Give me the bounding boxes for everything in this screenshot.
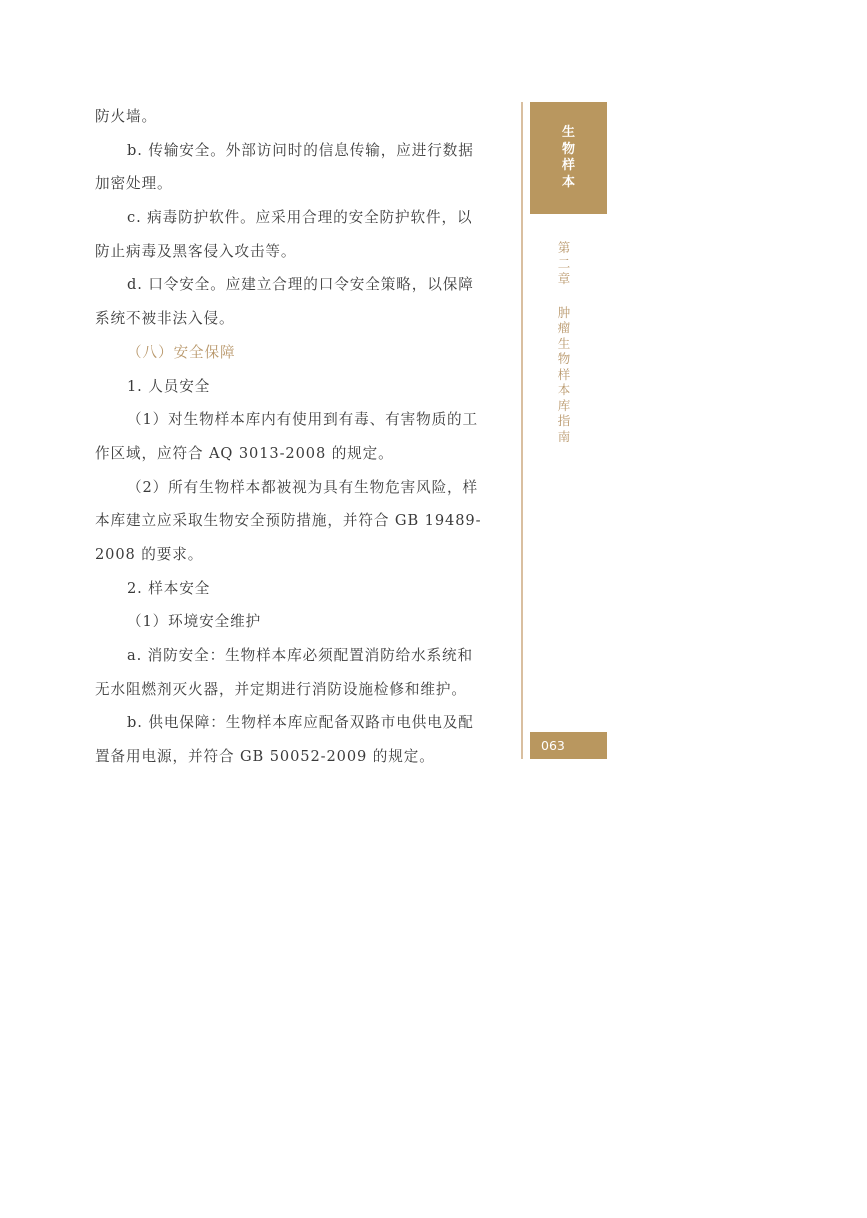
page-number: 063 [530,738,565,753]
chapter-title: 肿瘤生物样本库指南 [556,305,572,445]
text-line: 无水阻燃剂灭火器，并定期进行消防设施检修和维护。 [95,673,495,707]
text-line: 加密处理。 [95,167,495,201]
text-line: 置备用电源，并符合 GB 50052-2009 的规定。 [95,740,495,774]
text-line: 本库建立应采取生物安全预防措施，并符合 GB 19489- [95,504,495,538]
text-line: a. 消防安全：生物样本库必须配置消防给水系统和 [95,639,495,673]
text-line: （2）所有生物样本都被视为具有生物危害风险，样 [95,471,495,505]
section-heading: （八）安全保障 [95,336,495,370]
subsection-title: 2. 样本安全 [95,572,495,606]
text-line: b. 传输安全。外部访问时的信息传输，应进行数据 [95,134,495,168]
text-line: c. 病毒防护软件。应采用合理的安全防护软件，以 [95,201,495,235]
vertical-divider [521,102,523,759]
chapter-label: 第二章 [556,240,572,287]
section-tab: 生物样本 [530,102,607,214]
subsection-title: 1. 人员安全 [95,370,495,404]
chapter-running-head: 第二章 肿瘤生物样本库指南 [556,240,572,444]
text-line: （1）环境安全维护 [95,605,495,639]
document-page: 防火墙。 b. 传输安全。外部访问时的信息传输，应进行数据 加密处理。 c. 病… [0,0,867,1218]
text-line: d. 口令安全。应建立合理的口令安全策略，以保障 [95,268,495,302]
text-line: （1）对生物样本库内有使用到有毒、有害物质的工 [95,403,495,437]
text-line: 防火墙。 [95,100,495,134]
section-tab-label: 生物样本 [562,125,576,191]
text-line: b. 供电保障：生物样本库应配备双路市电供电及配 [95,706,495,740]
page-number-box: 063 [530,732,607,759]
text-line: 防止病毒及黑客侵入攻击等。 [95,235,495,269]
text-line: 系统不被非法入侵。 [95,302,495,336]
text-line: 作区域，应符合 AQ 3013-2008 的规定。 [95,437,495,471]
spacer [556,287,572,305]
body-text-column: 防火墙。 b. 传输安全。外部访问时的信息传输，应进行数据 加密处理。 c. 病… [95,100,495,774]
text-line: 2008 的要求。 [95,538,495,572]
